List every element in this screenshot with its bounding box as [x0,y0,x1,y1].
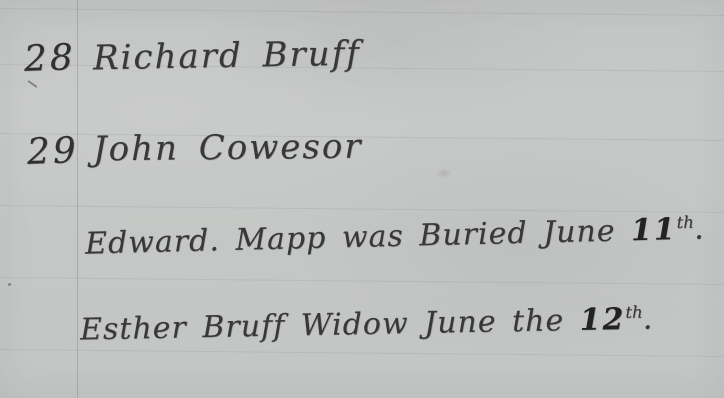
ordinal-suffix: th [625,303,643,322]
burial-note: Esther Bruff Widow June the 12th. [80,302,654,348]
burial-note-text: Edward. Mapp was Buried June [85,213,632,261]
ruled-line-horizontal [0,349,724,357]
ordinal-suffix: th [676,213,694,232]
note-period: . [694,211,705,246]
ruled-line-horizontal [0,8,724,16]
margin-rule-vertical [77,0,78,398]
entry-number: 29 [26,130,79,173]
burial-note: Edward. Mapp was Buried June 11th. [85,211,705,261]
burial-day: 12 [579,302,625,338]
ruled-line-horizontal [0,277,724,285]
stray-mark [8,283,11,286]
entry-name: Richard Bruff [93,34,361,79]
stray-mark [27,80,37,88]
burial-day: 11 [631,212,678,248]
entry-name: John Cowesor [93,127,363,170]
burial-note-text: Esther Bruff Widow June the [80,303,580,348]
entry-number: 28 [23,37,76,80]
ruled-line-horizontal [0,205,724,213]
ink-smudge [436,168,452,178]
note-period: . [642,302,653,337]
register-page: 28 Richard Bruff 29 John Cowesor Edward.… [0,0,724,398]
